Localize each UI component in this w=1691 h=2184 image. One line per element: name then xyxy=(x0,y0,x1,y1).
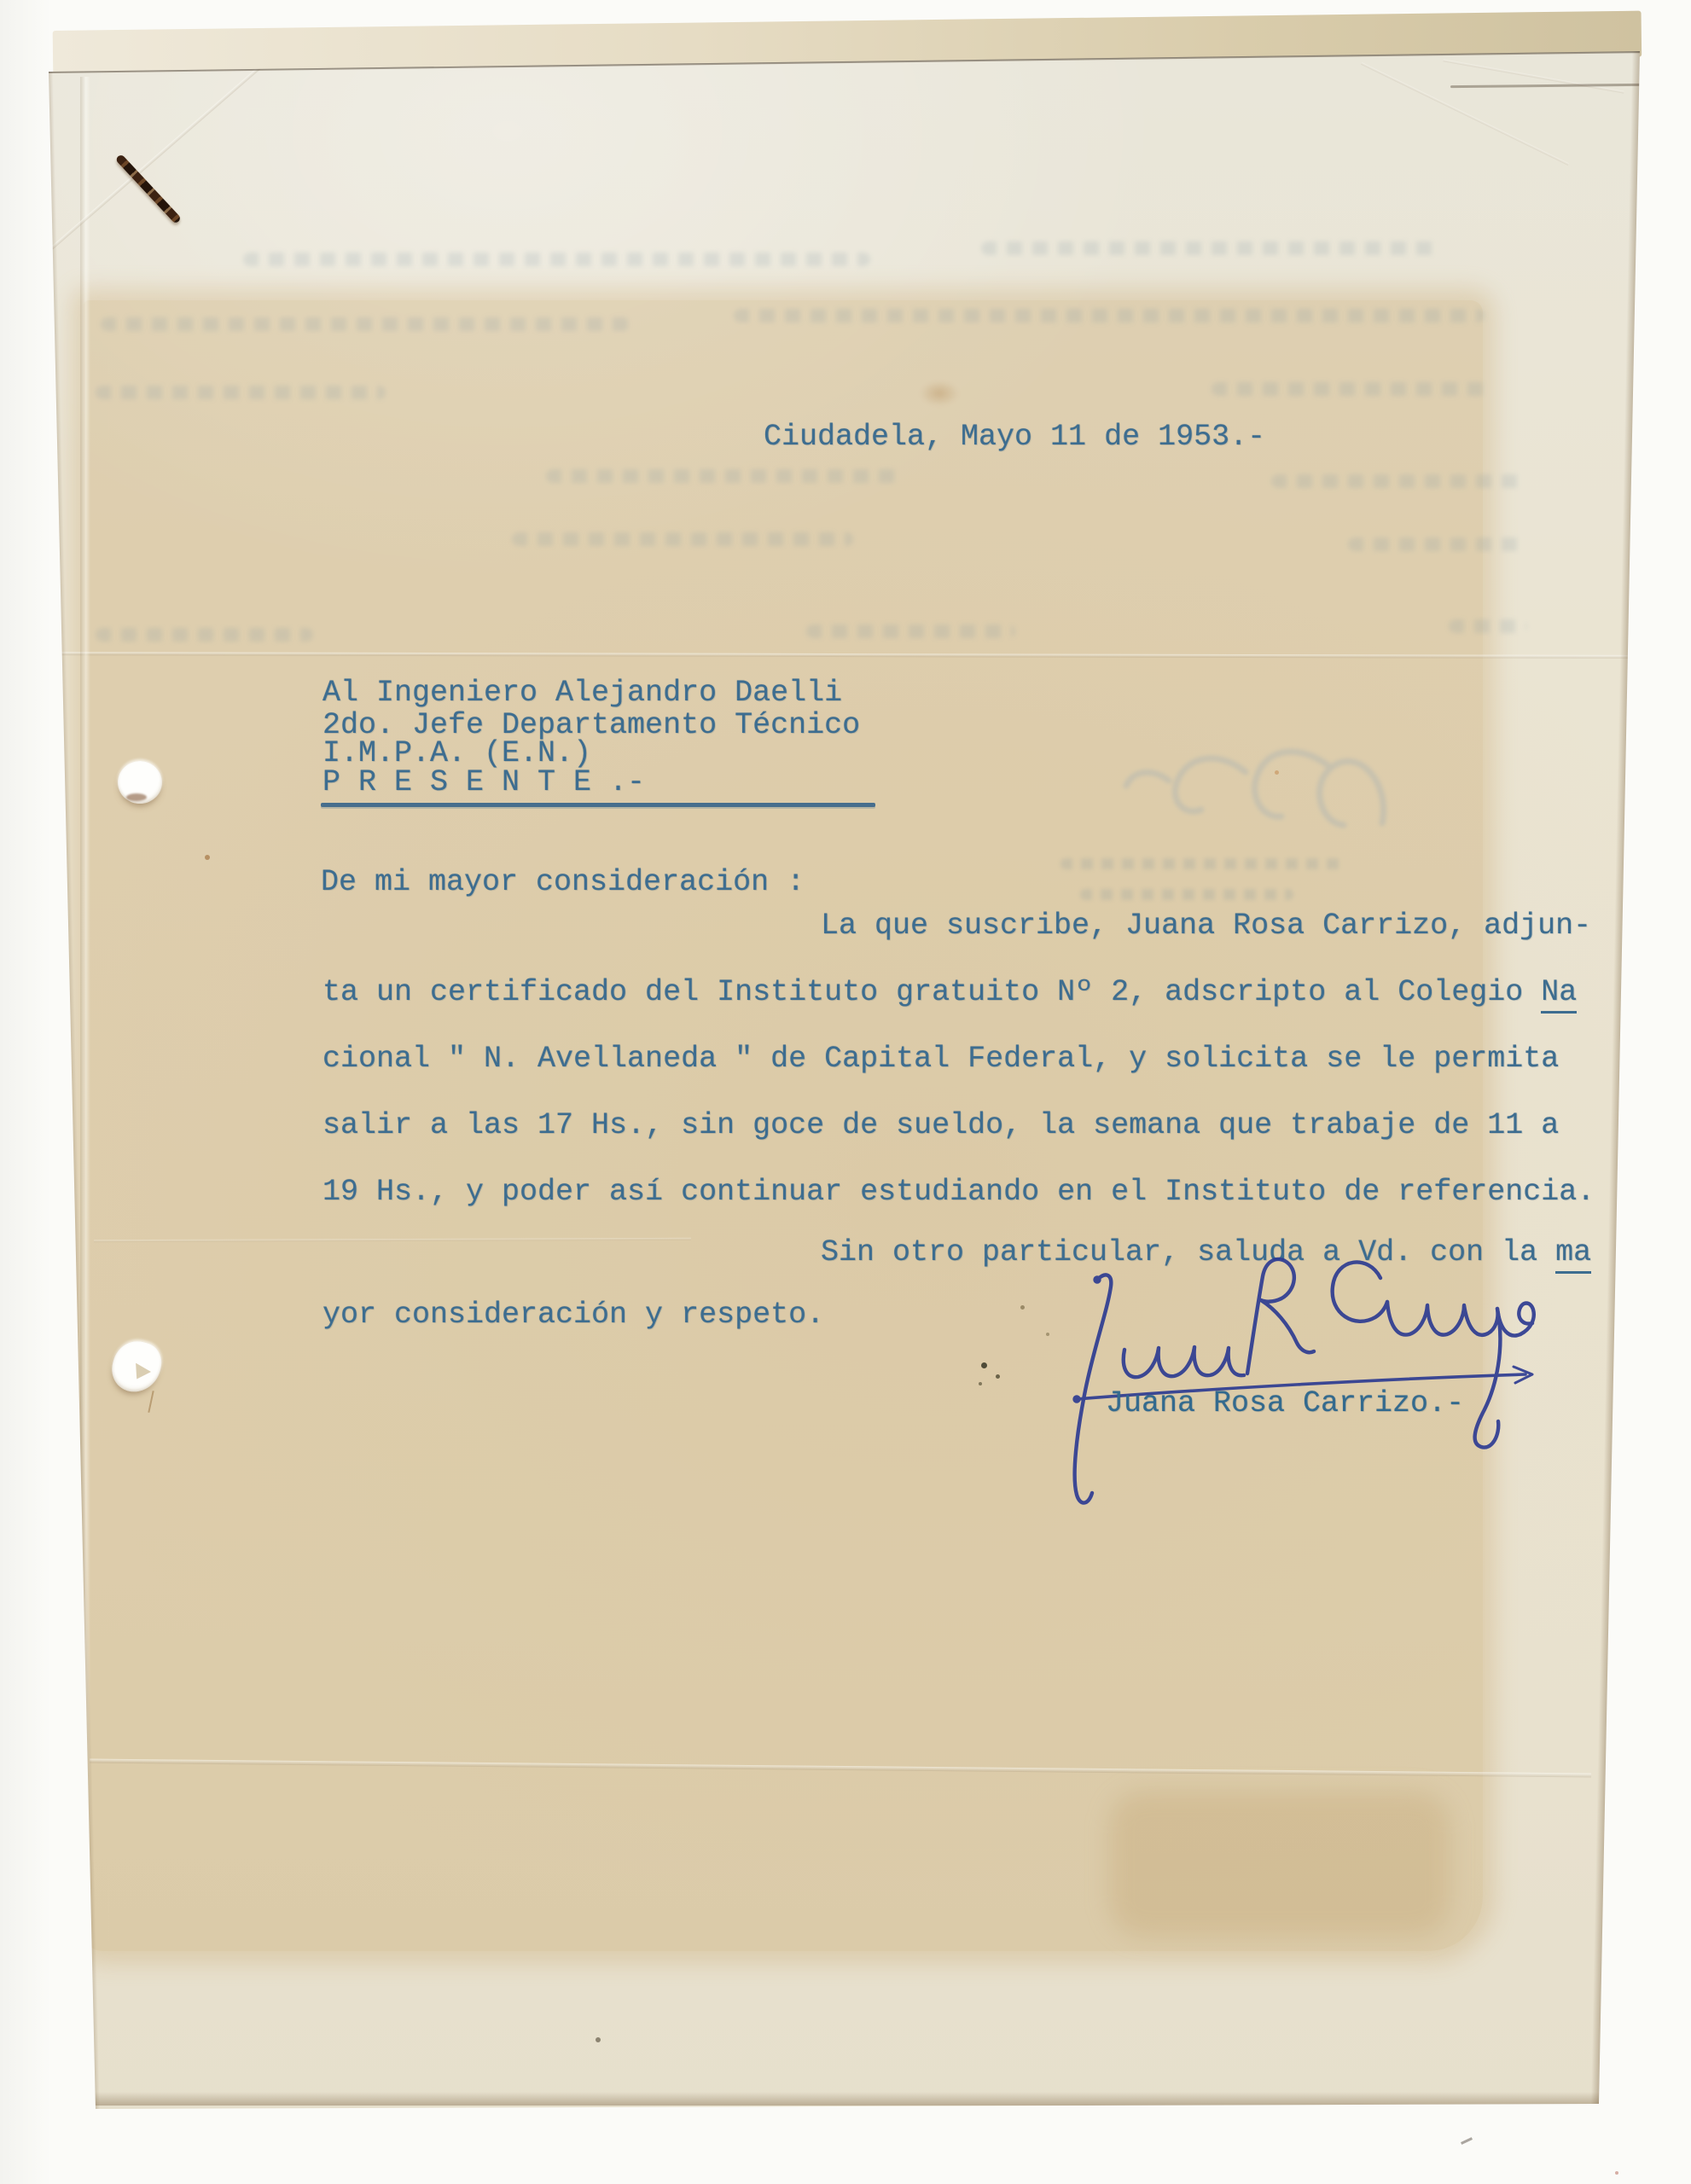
signature-stroke xyxy=(1475,1309,1501,1448)
body-line-2: ta un certificado del Instituto gratuito… xyxy=(323,976,1577,1008)
tanned-corner-patch xyxy=(1109,1792,1450,1937)
bleed-through-line xyxy=(101,317,630,331)
body-line-1: La que suscribe, Juana Rosa Carrizo, adj… xyxy=(821,909,1591,942)
body-line-3: cional " N. Avellaneda " de Capital Fede… xyxy=(323,1043,1559,1075)
body-line-5: 19 Hs., y poder así continuar estudiando… xyxy=(323,1176,1595,1208)
staple-bar xyxy=(115,154,182,224)
ink-blob xyxy=(1075,1397,1079,1402)
punch-hole xyxy=(118,761,162,804)
stain-dot xyxy=(205,855,210,860)
bleed-through-line xyxy=(734,309,1485,322)
body-line-4: salir a las 17 Hs., sin goce de sueldo, … xyxy=(323,1109,1559,1141)
signature-stroke xyxy=(1124,1347,1244,1377)
bleed-through-signature xyxy=(1092,721,1416,866)
body-line-2-text: ta un certificado del Instituto gratuito… xyxy=(323,975,1541,1009)
bleed-through-stamp-line xyxy=(1080,889,1293,900)
recipient-line-4: P R E S E N T E .- xyxy=(323,766,645,799)
ink-speck xyxy=(979,1382,982,1385)
punch-hole-flap xyxy=(131,1363,152,1383)
recipient-line-1: Al Ingeniero Alejandro Daelli xyxy=(323,677,842,709)
paper-sheet: Ciudadela, Mayo 11 de 1953.- Al Ingenier… xyxy=(0,0,1691,2184)
stain-dot xyxy=(596,2037,601,2042)
bleed-through-line xyxy=(546,469,904,483)
ink-speck xyxy=(981,1362,987,1368)
scanner-speck xyxy=(1461,2137,1473,2145)
bleed-through-line xyxy=(1271,474,1527,488)
paper-edge-right xyxy=(1591,49,1641,2107)
bleed-through-line xyxy=(806,624,1015,638)
ink-blob xyxy=(1095,1278,1100,1282)
signature-stroke xyxy=(1247,1259,1314,1374)
paper-edge-bottom xyxy=(94,2092,1600,2106)
bleed-through-line xyxy=(96,628,313,642)
crease-diagonal xyxy=(1443,59,1624,93)
stain-dot xyxy=(1275,770,1279,775)
dateline: Ciudadela, Mayo 11 de 1953.- xyxy=(764,421,1265,453)
scanned-letter-page: Ciudadela, Mayo 11 de 1953.- Al Ingenier… xyxy=(0,0,1691,2184)
bleed-through-line xyxy=(1348,537,1523,551)
signature-stroke xyxy=(1333,1262,1387,1321)
presente-underline xyxy=(321,803,875,807)
body-line-2-underlined: Na xyxy=(1541,975,1577,1014)
bleed-through-line xyxy=(981,241,1442,255)
staple xyxy=(121,154,215,235)
stain xyxy=(920,380,959,406)
ink-speck xyxy=(996,1374,1000,1379)
bleed-through-line xyxy=(243,253,870,266)
signature-stroke xyxy=(1519,1304,1533,1335)
body-line-7: yor consideración y respeto. xyxy=(323,1298,824,1331)
bleed-through-line xyxy=(1449,619,1527,633)
salutation: De mi mayor consideración : xyxy=(321,866,805,898)
bleed-through-line xyxy=(512,532,853,546)
bleed-through-line xyxy=(96,386,386,399)
bleed-through-line xyxy=(1212,382,1493,396)
paper-edge-top-fold xyxy=(1450,84,1642,88)
punch-hole-rust xyxy=(126,793,147,801)
typed-signature-name: Juana Rosa Carrizo.- xyxy=(1106,1387,1464,1420)
scanner-speck xyxy=(1615,2171,1618,2175)
bleed-through-stamp-line xyxy=(1061,858,1342,869)
